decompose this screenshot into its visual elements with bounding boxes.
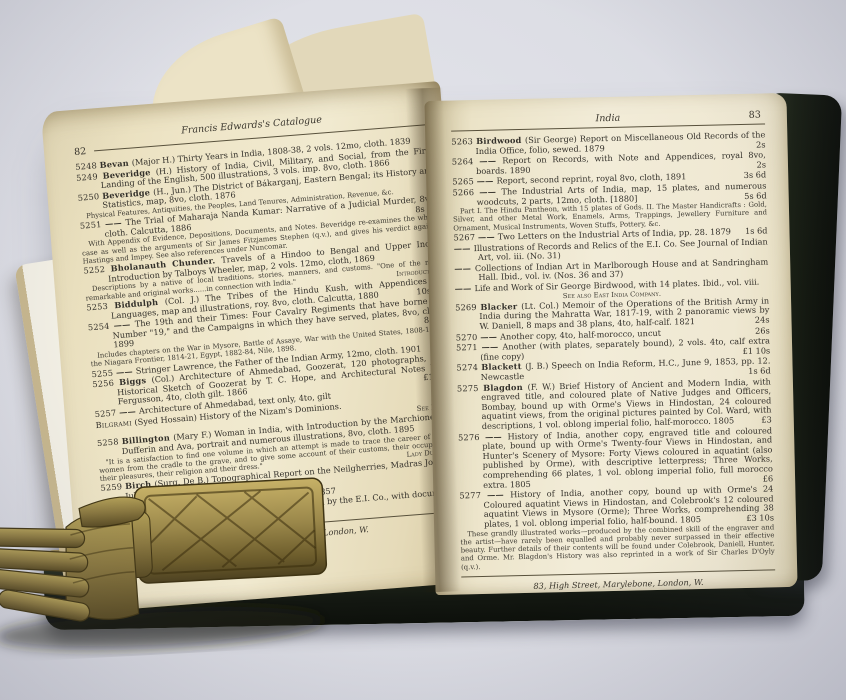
entry-author: —— bbox=[478, 232, 498, 242]
right-header-title: India bbox=[595, 113, 620, 125]
entry-number: 5254 bbox=[88, 321, 115, 333]
right-page-number: 83 bbox=[749, 110, 761, 121]
entry-text: History of India, another copy, engraved… bbox=[482, 425, 773, 490]
entry-price: £6 bbox=[763, 474, 774, 484]
entry-price: 5s 6d bbox=[744, 191, 767, 201]
entry-number: 5263 bbox=[451, 136, 476, 147]
entry-number: 5271 bbox=[456, 342, 482, 353]
entry-text: (Lt. Col.) Memoir of the Operations of t… bbox=[479, 295, 769, 331]
entry-number: 5266 bbox=[452, 187, 479, 198]
entry-number: 5267 bbox=[453, 232, 478, 243]
entry-price: 26s bbox=[755, 326, 770, 336]
entry-author: —— bbox=[455, 283, 475, 293]
entry-number: 5274 bbox=[456, 362, 481, 373]
entry-number: 5250 bbox=[77, 191, 102, 203]
entry-price: 2s bbox=[756, 160, 766, 170]
entry-number: 5275 bbox=[457, 383, 483, 394]
entry-author: —— bbox=[454, 263, 475, 273]
brass-hand-page-holder[interactable] bbox=[0, 461, 353, 664]
entry-number: 5256 bbox=[92, 377, 119, 389]
entry-price: £3 10s bbox=[746, 513, 774, 523]
catalog-entry: 5275 Blagdon (F. W.) Brief History of An… bbox=[457, 377, 772, 432]
photo-stage: Francis Edwards's Catalogue 82 5248 Beva… bbox=[0, 0, 846, 700]
entry-price: 1s 6d bbox=[745, 226, 768, 236]
entry-author: —— bbox=[477, 176, 497, 186]
entry-number: 5249 bbox=[76, 170, 103, 182]
entry-price: £3 bbox=[761, 415, 772, 425]
entry-number: 5258 bbox=[97, 437, 123, 449]
entry-number: 5276 bbox=[458, 431, 485, 442]
entry-author: —— bbox=[480, 331, 500, 341]
entry-author: —— bbox=[454, 243, 474, 253]
entry-text: History of India, another copy, bound up… bbox=[483, 483, 773, 528]
entry-number: 5251 bbox=[80, 219, 106, 231]
catalog-entry: 5276 —— History of India, another copy, … bbox=[458, 426, 773, 491]
left-page-number: 82 bbox=[74, 146, 87, 158]
brass-hand-icon bbox=[0, 461, 353, 664]
entry-price: 2s bbox=[756, 140, 766, 150]
right-page[interactable]: India 83 5263 Birdwood (Sir George) Repo… bbox=[424, 93, 797, 595]
right-entries-list: 5263 Birdwood (Sir George) Report on Mis… bbox=[451, 130, 775, 571]
entry-number: 5265 bbox=[452, 176, 477, 187]
entry-number: 5269 bbox=[455, 302, 481, 313]
entry-price: 1s 6d bbox=[748, 366, 771, 376]
entry-number: 5270 bbox=[456, 332, 481, 343]
entry-note: These grandly illustrated works—produced… bbox=[460, 523, 775, 572]
entry-price: 3s 6d bbox=[744, 171, 767, 181]
entry-price: 24s bbox=[755, 315, 770, 325]
